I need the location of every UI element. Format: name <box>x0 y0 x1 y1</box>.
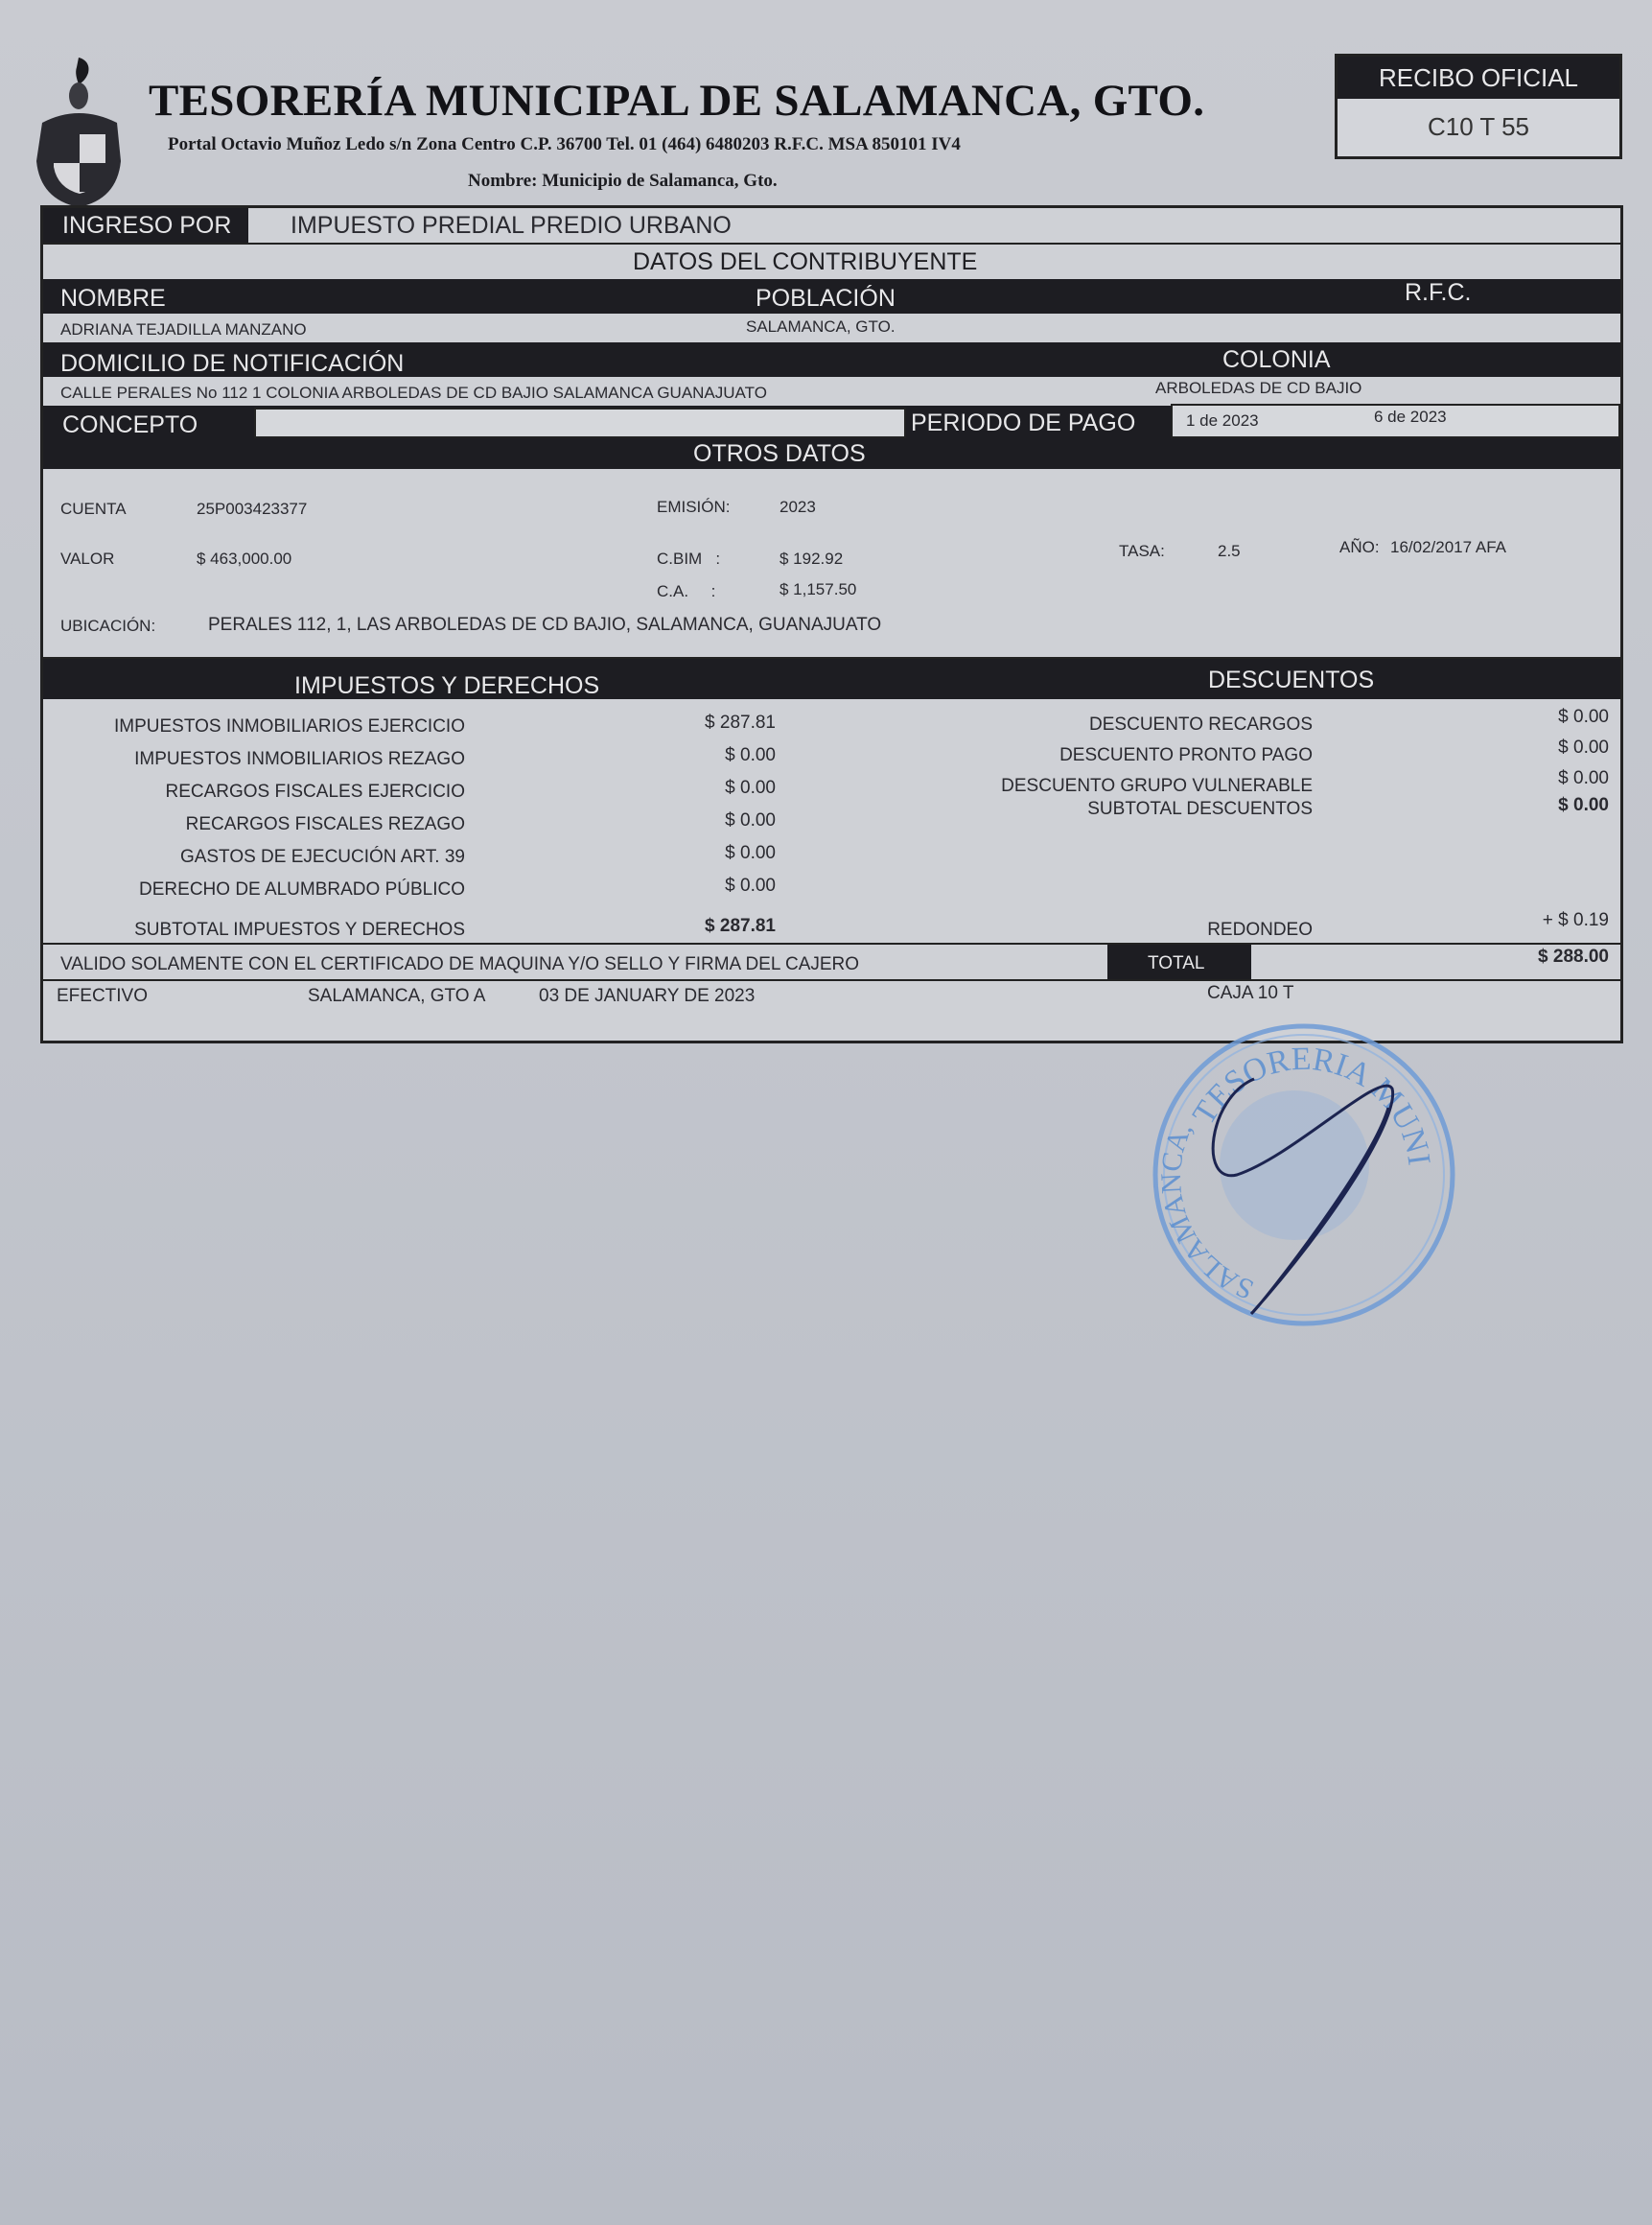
treasury-seal-stamp-icon: TESORERIA MUNICIPAL SALAMANCA, GTO. <box>1141 1012 1457 1328</box>
impuestos-descuentos-header: IMPUESTOS Y DERECHOS DESCUENTOS <box>43 657 1620 699</box>
total-label: TOTAL <box>1107 945 1251 979</box>
nombre-label: NOMBRE <box>60 285 166 313</box>
descuentos-subtotal-value: $ 0.00 <box>1558 795 1609 816</box>
colonia-label: COLONIA <box>1222 346 1331 374</box>
impuesto-item-label: RECARGOS FISCALES REZAGO <box>186 814 465 835</box>
cbim-label: C.BIM : <box>657 550 720 569</box>
descuento-item-label: DESCUENTO RECARGOS <box>1089 714 1313 736</box>
official-receipt-box: RECIBO OFICIAL C10 T 55 <box>1335 54 1622 159</box>
concepto-row: CONCEPTO PERIODO DE PAGO 1 de 2023 6 de … <box>43 406 1620 440</box>
validity-note: VALIDO SOLAMENTE CON EL CERTIFICADO DE M… <box>60 954 859 975</box>
ca-label: C.A. : <box>657 582 715 601</box>
otros-datos-header: OTROS DATOS <box>43 440 1620 469</box>
validity-total-row: VALIDO SOLAMENTE CON EL CERTIFICADO DE M… <box>43 943 1620 979</box>
total-value: $ 288.00 <box>1538 947 1609 968</box>
nombre-value-row: ADRIANA TEJADILLA MANZANO SALAMANCA, GTO… <box>43 314 1620 342</box>
impuesto-item-amount: $ 0.00 <box>725 843 776 864</box>
payment-row: EFECTIVO SALAMANCA, GTO A 03 DE JANUARY … <box>43 979 1620 1010</box>
contribuyente-colonia: ARBOLEDAS DE CD BAJIO <box>1155 379 1361 398</box>
payment-date: 03 DE JANUARY DE 2023 <box>539 986 755 1007</box>
impuestos-subtotal-value: $ 287.81 <box>705 916 776 937</box>
cuenta-label: CUENTA <box>60 500 127 519</box>
domicilio-header-row: DOMICILIO DE NOTIFICACIÓN COLONIA <box>43 342 1620 377</box>
treasury-address: Portal Octavio Muñoz Ledo s/n Zona Centr… <box>168 134 961 155</box>
periodo-desde: 1 de 2023 <box>1186 411 1259 431</box>
emision-label: EMISIÓN: <box>657 498 731 517</box>
ingreso-label: INGRESO POR <box>43 208 248 243</box>
place-date-prefix: SALAMANCA, GTO A <box>308 986 485 1007</box>
payment-method: EFECTIVO <box>57 986 148 1007</box>
impuesto-item-label: DERECHO DE ALUMBRADO PÚBLICO <box>139 879 465 901</box>
descuentos-subtotal-label: SUBTOTAL DESCUENTOS <box>1087 799 1313 820</box>
impuestos-descuentos-body: IMPUESTOS INMOBILIARIOS EJERCICIO$ 287.8… <box>43 699 1620 943</box>
nombre-header-row: NOMBRE POBLACIÓN R.F.C. <box>43 279 1620 314</box>
impuesto-item-amount: $ 0.00 <box>725 810 776 831</box>
rfc-label: R.F.C. <box>1405 279 1471 307</box>
ubicacion-value: PERALES 112, 1, LAS ARBOLEDAS DE CD BAJI… <box>208 615 881 636</box>
contribuyente-section-title-row: DATOS DEL CONTRIBUYENTE <box>43 243 1620 279</box>
receipt-form: INGRESO POR IMPUESTO PREDIAL PREDIO URBA… <box>40 205 1623 1043</box>
treasury-title: TESORERÍA MUNICIPAL DE SALAMANCA, GTO. <box>149 75 1204 127</box>
descuento-item-label: DESCUENTO PRONTO PAGO <box>1059 745 1313 766</box>
impuesto-item-label: GASTOS DE EJECUCIÓN ART. 39 <box>180 847 465 868</box>
ubicacion-label: UBICACIÓN: <box>60 617 155 636</box>
impuestos-title: IMPUESTOS Y DERECHOS <box>294 672 599 700</box>
ca-value: $ 1,157.50 <box>779 580 856 599</box>
caja-number: CAJA 10 T <box>1207 983 1293 1004</box>
cbim-value: $ 192.92 <box>779 550 843 569</box>
anio-label: AÑO: <box>1339 538 1380 557</box>
domicilio-label: DOMICILIO DE NOTIFICACIÓN <box>60 350 404 378</box>
contribuyente-section-title: DATOS DEL CONTRIBUYENTE <box>633 248 977 276</box>
emision-value: 2023 <box>779 498 816 517</box>
impuesto-item-amount: $ 0.00 <box>725 876 776 897</box>
treasury-name-line: Nombre: Municipio de Salamanca, Gto. <box>468 171 778 192</box>
domicilio-value-row: CALLE PERALES No 112 1 COLONIA ARBOLEDAS… <box>43 377 1620 406</box>
poblacion-label: POBLACIÓN <box>756 285 896 313</box>
periodo-field: 1 de 2023 6 de 2023 <box>1171 404 1620 438</box>
concepto-field <box>254 408 906 438</box>
impuesto-item-amount: $ 287.81 <box>705 713 776 734</box>
redondeo-value: + $ 0.19 <box>1543 910 1609 931</box>
periodo-hasta: 6 de 2023 <box>1374 408 1447 427</box>
descuento-item-amount: $ 0.00 <box>1558 768 1609 789</box>
municipal-coat-of-arms-icon <box>33 56 127 209</box>
contribuyente-poblacion: SALAMANCA, GTO. <box>746 317 896 337</box>
otros-datos-body: CUENTA 25P003423377 EMISIÓN: 2023 VALOR … <box>43 469 1620 657</box>
impuesto-item-label: IMPUESTOS INMOBILIARIOS REZAGO <box>134 749 465 770</box>
impuesto-item-amount: $ 0.00 <box>725 778 776 799</box>
periodo-label: PERIODO DE PAGO <box>911 410 1135 437</box>
redondeo-label: REDONDEO <box>1207 920 1313 941</box>
descuento-item-label: DESCUENTO GRUPO VULNERABLE <box>1001 776 1313 797</box>
official-receipt-number: C10 T 55 <box>1338 99 1619 154</box>
descuento-item-amount: $ 0.00 <box>1558 707 1609 728</box>
contribuyente-nombre: ADRIANA TEJADILLA MANZANO <box>60 320 307 340</box>
cuenta-value: 25P003423377 <box>197 500 307 519</box>
official-receipt-label: RECIBO OFICIAL <box>1338 57 1619 99</box>
impuestos-subtotal-label: SUBTOTAL IMPUESTOS Y DERECHOS <box>134 920 465 941</box>
anio-value: 16/02/2017 AFA <box>1390 538 1506 557</box>
valor-label: VALOR <box>60 550 114 569</box>
ingreso-row: INGRESO POR IMPUESTO PREDIAL PREDIO URBA… <box>43 208 1620 243</box>
impuesto-item-amount: $ 0.00 <box>725 745 776 766</box>
concepto-label: CONCEPTO <box>62 411 198 439</box>
ingreso-value: IMPUESTO PREDIAL PREDIO URBANO <box>291 212 732 240</box>
otros-datos-title: OTROS DATOS <box>693 440 866 468</box>
impuesto-item-label: RECARGOS FISCALES EJERCICIO <box>165 782 465 803</box>
descuento-item-amount: $ 0.00 <box>1558 738 1609 759</box>
descuentos-title: DESCUENTOS <box>1208 667 1374 694</box>
impuesto-item-label: IMPUESTOS INMOBILIARIOS EJERCICIO <box>114 716 465 738</box>
tasa-value: 2.5 <box>1218 542 1241 561</box>
valor-value: $ 463,000.00 <box>197 550 291 569</box>
contribuyente-domicilio: CALLE PERALES No 112 1 COLONIA ARBOLEDAS… <box>60 384 767 403</box>
tasa-label: TASA: <box>1119 542 1165 561</box>
